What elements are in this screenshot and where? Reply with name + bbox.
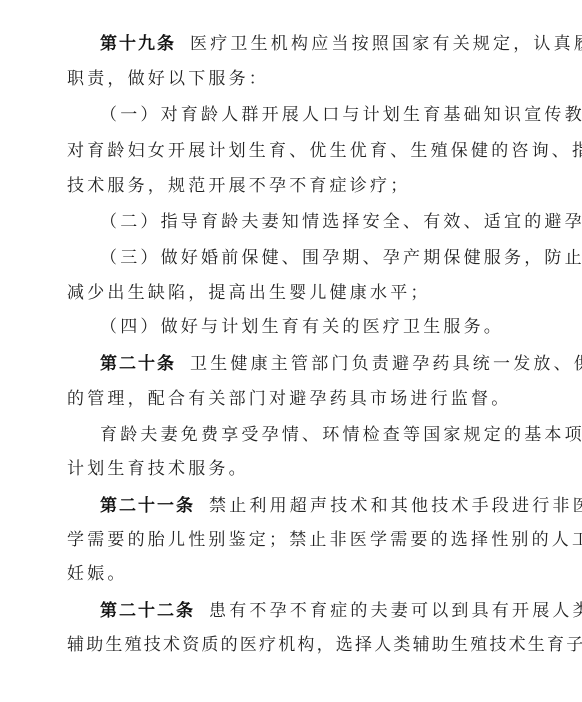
- article-22-line-1: 第二十二条患有不孕不育症的夫妻可以到具有开展人类: [100, 600, 513, 622]
- article-19-heading: 第十九条: [100, 34, 176, 54]
- article-19-line-1: 第十九条医疗卫生机构应当按照国家有关规定，认真履行: [100, 33, 513, 55]
- article-20-text: 卫生健康主管部门负责避孕药具统一发放、供应: [190, 354, 582, 374]
- article-20-line-1: 第二十条卫生健康主管部门负责避孕药具统一发放、供应: [100, 353, 513, 375]
- article-21-heading: 第二十一条: [100, 496, 195, 516]
- article-20-heading: 第二十条: [100, 354, 176, 374]
- article-22-heading: 第二十二条: [100, 601, 195, 621]
- article-19-item-1-line-3: 技术服务，规范开展不孕不育症诊疗；: [67, 175, 513, 197]
- document-page: 第十九条医疗卫生机构应当按照国家有关规定，认真履行 职责，做好以下服务： （一）…: [0, 0, 582, 702]
- article-20-paragraph-2-line-2: 计划生育技术服务。: [67, 458, 513, 480]
- article-19-item-1-line-1: （一）对育龄人群开展人口与计划生育基础知识宣传教育，: [100, 104, 513, 126]
- article-21-line-3: 妊娠。: [67, 563, 513, 585]
- article-19-line-2: 职责，做好以下服务：: [67, 68, 513, 90]
- article-19-item-4-line-1: （四）做好与计划生育有关的医疗卫生服务。: [100, 316, 513, 338]
- article-19-item-3-line-1: （三）做好婚前保健、围孕期、孕产期保健服务，防止或者: [100, 247, 513, 269]
- article-20-paragraph-2-line-1: 育龄夫妻免费享受孕情、环情检查等国家规定的基本项目的: [100, 424, 513, 446]
- article-21-line-2: 学需要的胎儿性别鉴定；禁止非医学需要的选择性别的人工终止: [67, 529, 513, 551]
- article-22-line-2: 辅助生殖技术资质的医疗机构，选择人类辅助生殖技术生育子女。: [67, 634, 513, 656]
- article-19-item-2-line-1: （二）指导育龄夫妻知情选择安全、有效、适宜的避孕措施；: [100, 211, 513, 233]
- article-21-text: 禁止利用超声技术和其他技术手段进行非医: [209, 496, 582, 516]
- article-22-text: 患有不孕不育症的夫妻可以到具有开展人类: [209, 601, 582, 621]
- article-20-line-2: 的管理，配合有关部门对避孕药具市场进行监督。: [67, 388, 513, 410]
- article-21-line-1: 第二十一条禁止利用超声技术和其他技术手段进行非医: [100, 495, 513, 517]
- article-19-item-1-line-2: 对育龄妇女开展计划生育、优生优育、生殖保健的咨询、指导和: [67, 140, 513, 162]
- article-19-text: 医疗卫生机构应当按照国家有关规定，认真履行: [190, 34, 582, 54]
- article-19-item-3-line-2: 减少出生缺陷，提高出生婴儿健康水平；: [67, 282, 513, 304]
